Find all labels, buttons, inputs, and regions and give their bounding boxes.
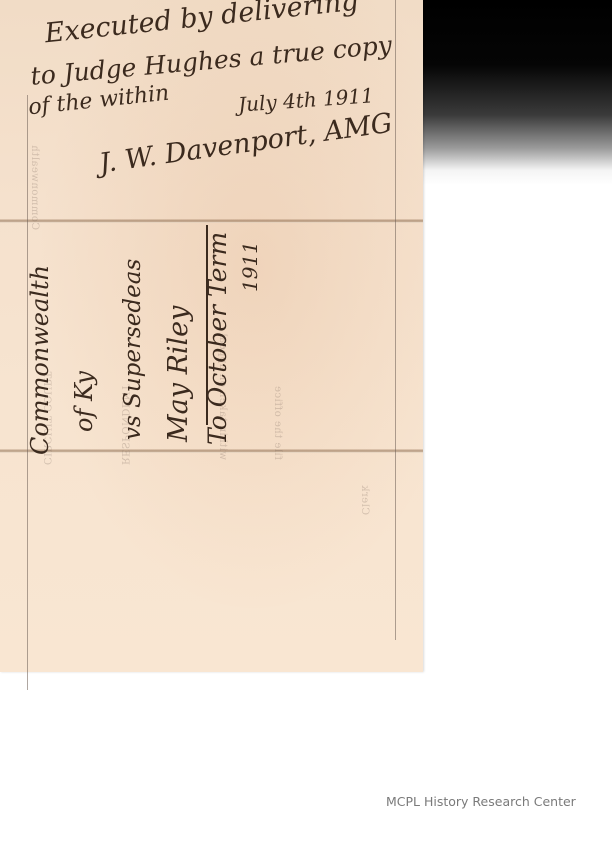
- fold-line-upper: [0, 219, 423, 223]
- endorsement-term: To October Term: [203, 232, 232, 445]
- document-page: Commonwealth CIRCUIT COURT RESPONDENT wi…: [0, 0, 423, 672]
- bleed-through-text: file the office: [272, 386, 283, 460]
- endorsement-year: 1911: [238, 241, 262, 292]
- bleed-through-text: Commonwealth: [29, 145, 40, 230]
- bleed-through-text: Clerk: [359, 485, 370, 515]
- fold-line-lower: [0, 449, 423, 453]
- endorsement-defendant: May Riley: [163, 306, 194, 442]
- scanner-shadow: [423, 0, 612, 185]
- endorsement-commonwealth: Commonwealth: [26, 265, 54, 455]
- endorsement-of-ky: of Ky: [70, 371, 98, 432]
- endorsement-supersedeas: vs Supersedeas: [120, 259, 146, 440]
- right-border-rule: [395, 0, 396, 640]
- watermark-label: MCPL History Research Center: [386, 794, 576, 809]
- signature: J. W. Davenport, AMG: [97, 108, 394, 180]
